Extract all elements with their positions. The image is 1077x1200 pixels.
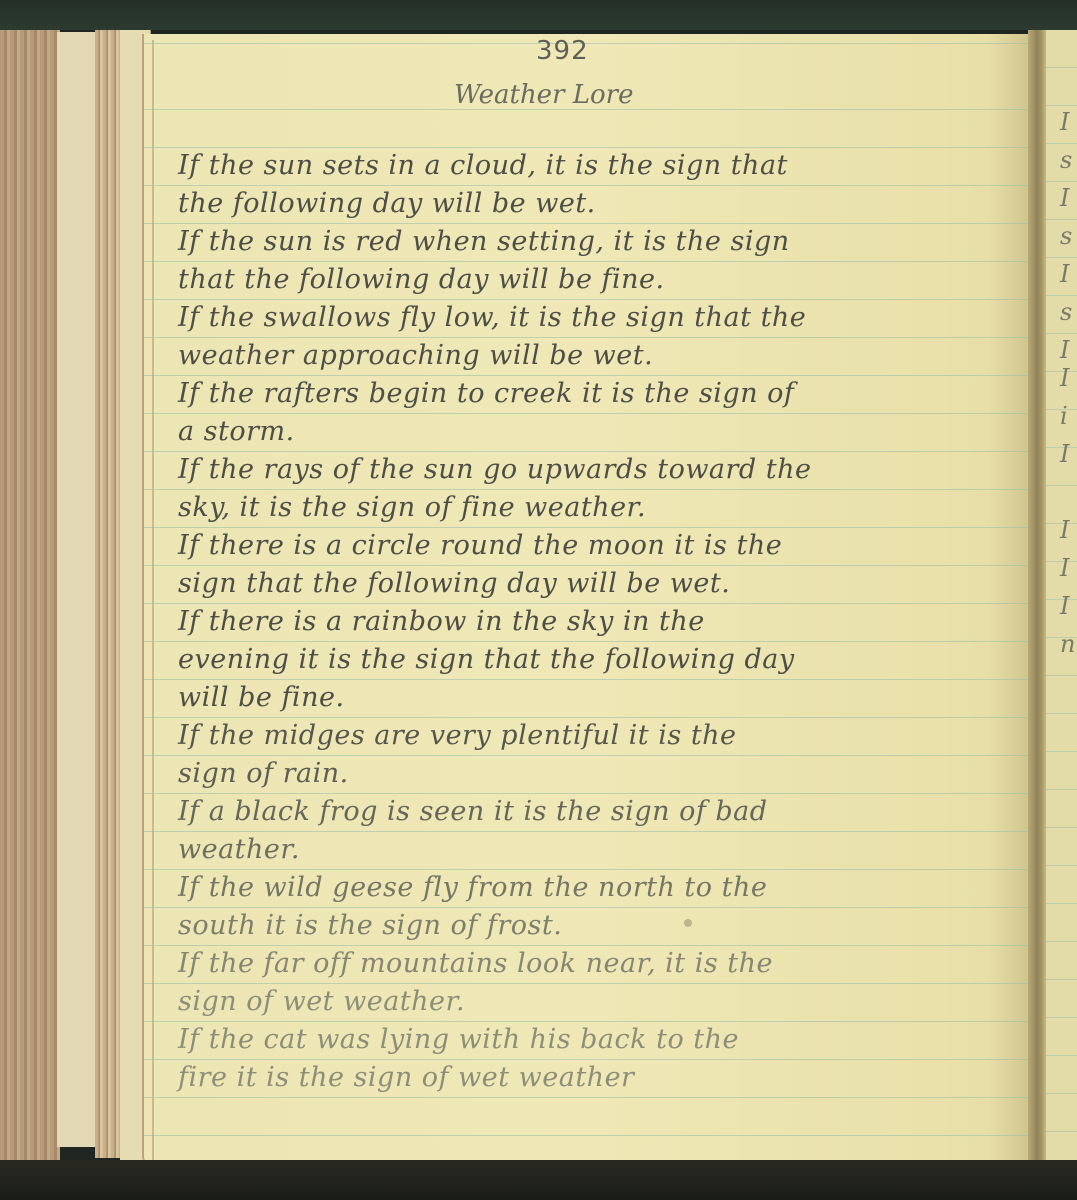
book-edge-stack-left (0, 30, 60, 1165)
text-line: evening it is the sign that the followin… (178, 641, 1028, 679)
background-top (0, 0, 1077, 30)
text-line: If the rafters begin to creek it is the … (178, 375, 1028, 413)
facing-text-fragment: I (1060, 592, 1069, 620)
text-line: will be fine. (178, 679, 1028, 717)
text-line: weather approaching will be wet. (178, 337, 1028, 375)
facing-text-fragment: I (1060, 516, 1069, 544)
facing-text-fragment: I (1060, 364, 1069, 392)
facing-text-fragment: I (1060, 260, 1069, 288)
text-line: If the cat was lying with his back to th… (178, 1021, 1028, 1059)
facing-text-fragment: s (1060, 222, 1072, 250)
text-line: fire it is the sign of wet weather (178, 1059, 1028, 1097)
page-title: Weather Lore (454, 80, 634, 110)
text-line: sign that the following day will be wet. (178, 565, 1028, 603)
text-line: If there is a circle round the moon it i… (178, 527, 1028, 565)
page-number: 392 (536, 36, 589, 66)
facing-text-fragment: I (1060, 554, 1069, 582)
text-line: a storm. (178, 413, 1028, 451)
facing-text-fragment: I (1060, 336, 1069, 364)
facing-text-fragment: I (1060, 440, 1069, 468)
text-line: sign of wet weather. (178, 983, 1028, 1021)
text-line: If the sun is red when setting, it is th… (178, 223, 1028, 261)
book-gutter (1028, 30, 1048, 1160)
paper-speck (684, 919, 692, 927)
text-line: If the midges are very plentiful it is t… (178, 717, 1028, 755)
handwritten-text-body: If the sun sets in a cloud, it is the si… (178, 147, 1028, 1097)
text-line: If the sun sets in a cloud, it is the si… (178, 147, 1028, 185)
text-line: If a black frog is seen it is the sign o… (178, 793, 1028, 831)
text-line: that the following day will be fine. (178, 261, 1028, 299)
facing-text-fragment: i (1060, 402, 1068, 430)
book-edge-page (55, 32, 98, 1147)
text-line: the following day will be wet. (178, 185, 1028, 223)
text-line: If there is a rainbow in the sky in the (178, 603, 1028, 641)
text-line: weather. (178, 831, 1028, 869)
text-line: If the far off mountains look near, it i… (178, 945, 1028, 983)
facing-page: I s I s I s I I i I I I I n (1046, 30, 1077, 1160)
text-line: sky, it is the sign of fine weather. (178, 489, 1028, 527)
text-line: south it is the sign of frost. (178, 907, 1028, 945)
background-bottom (0, 1160, 1077, 1200)
facing-text-fragment: n (1060, 630, 1075, 658)
text-line: If the rays of the sun go upwards toward… (178, 451, 1028, 489)
text-line: If the swallows fly low, it is the sign … (178, 299, 1028, 337)
notebook-page: 392 Weather Lore If the sun sets in a cl… (142, 34, 1032, 1164)
text-line: If the wild geese fly from the north to … (178, 869, 1028, 907)
facing-text-fragment: s (1060, 146, 1072, 174)
facing-text-fragment: I (1060, 108, 1069, 136)
facing-text-fragment: s (1060, 298, 1072, 326)
text-line: sign of rain. (178, 755, 1028, 793)
facing-text-fragment: I (1060, 184, 1069, 212)
book-edge-stack-inner (95, 30, 123, 1158)
